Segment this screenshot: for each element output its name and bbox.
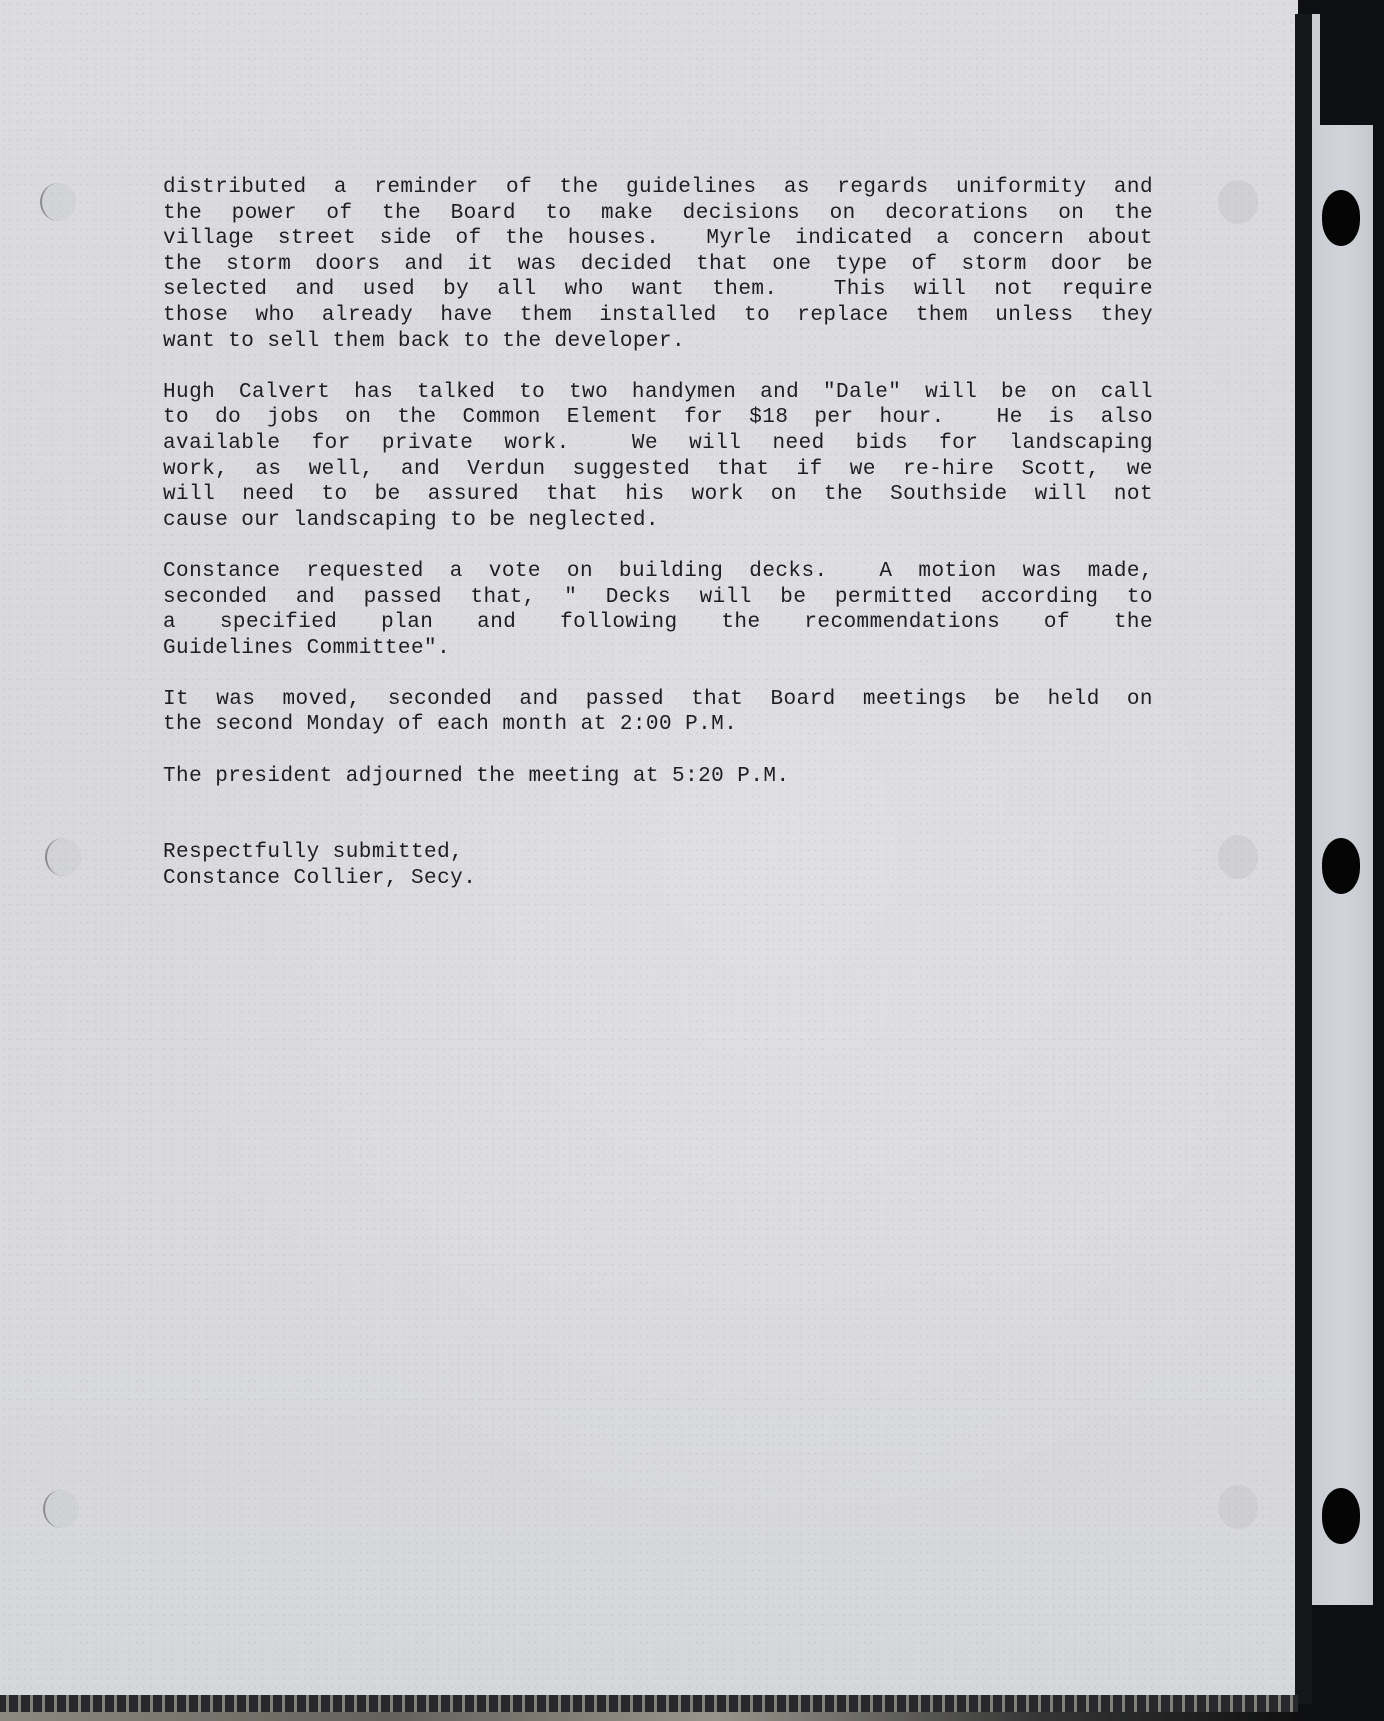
signature-closing: Respectfully submitted, [163, 840, 1153, 866]
text-line: want to sell them back to the developer. [163, 329, 1153, 355]
binder-strip-top [1312, 14, 1320, 134]
text-line: It was moved, seconded and passed that B… [163, 687, 1153, 713]
punch-hole-shadow [1218, 835, 1258, 879]
text-line: Hugh Calvert has talked to two handymen … [163, 380, 1153, 406]
text-line: to do jobs on the Common Element for $18… [163, 405, 1153, 431]
text-line: will need to be assured that his work on… [163, 482, 1153, 508]
punch-hole-mark [43, 1490, 79, 1528]
text-line: selected and used by all who want them. … [163, 277, 1153, 303]
document-page: distributed a reminder of the guidelines… [0, 0, 1298, 1695]
text-line: cause our landscaping to be neglected. [163, 508, 1153, 534]
binder-bottom-edge [0, 1695, 1298, 1721]
paragraph-handymen: Hugh Calvert has talked to two handymen … [163, 380, 1153, 534]
text-line: the power of the Board to make decisions… [163, 201, 1153, 227]
punch-hole-shadow [1218, 180, 1258, 224]
text-line: The president adjourned the meeting at 5… [163, 764, 1153, 790]
text-line: work, as well, and Verdun suggested that… [163, 457, 1153, 483]
text-line: available for private work. We will need… [163, 431, 1153, 457]
text-line: seconded and passed that, " Decks will b… [163, 585, 1153, 611]
binder-hole-icon [1322, 838, 1360, 894]
binder-divider-edge [1295, 14, 1312, 1704]
binder-hole-icon [1322, 1488, 1360, 1544]
text-line: distributed a reminder of the guidelines… [163, 175, 1153, 201]
signature-name: Constance Collier, Secy. [163, 866, 1153, 892]
punch-hole-mark [40, 183, 76, 221]
binder-hole-icon [1322, 190, 1360, 246]
text-line: the second Monday of each month at 2:00 … [163, 712, 1153, 738]
paragraph-decks-motion: Constance requested a vote on building d… [163, 559, 1153, 661]
paragraph-adjournment: The president adjourned the meeting at 5… [163, 764, 1153, 790]
document-body: distributed a reminder of the guidelines… [163, 175, 1153, 891]
punch-hole-mark [45, 838, 81, 876]
signature-block: Respectfully submitted, Constance Collie… [163, 840, 1153, 891]
text-line: Guidelines Committee". [163, 636, 1153, 662]
text-line: Constance requested a vote on building d… [163, 559, 1153, 585]
text-line: those who already have them installed to… [163, 303, 1153, 329]
text-line: a specified plan and following the recom… [163, 610, 1153, 636]
paragraph-meeting-schedule: It was moved, seconded and passed that B… [163, 687, 1153, 738]
paragraph-guidelines: distributed a reminder of the guidelines… [163, 175, 1153, 354]
text-line: village street side of the houses. Myrle… [163, 226, 1153, 252]
text-line: the storm doors and it was decided that … [163, 252, 1153, 278]
punch-hole-shadow [1218, 1485, 1258, 1529]
